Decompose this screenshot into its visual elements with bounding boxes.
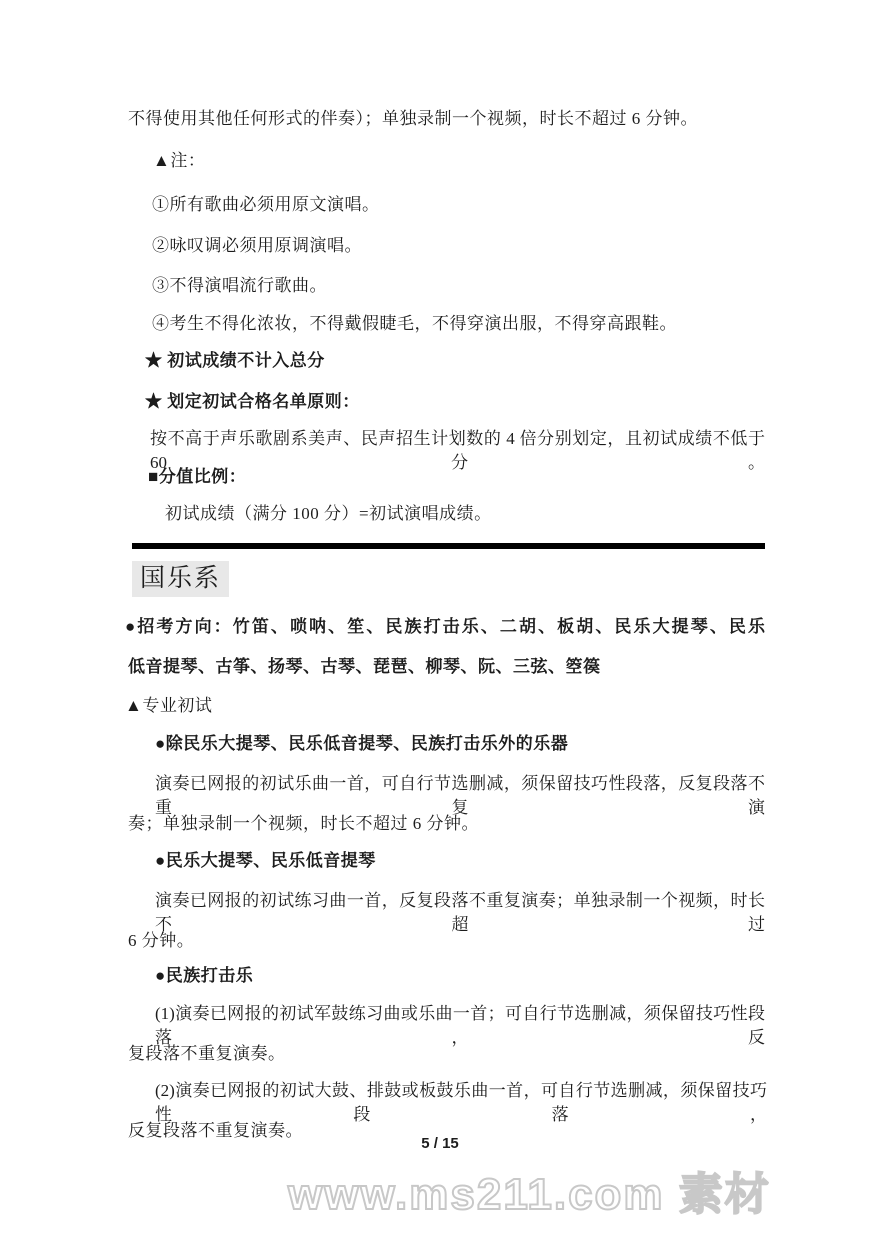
page-number: 5 / 15 xyxy=(0,1135,880,1152)
direction-line-2: 低音提琴、古筝、扬琴、古琴、琵琶、柳琴、阮、三弦、箜篌 xyxy=(128,655,601,679)
score-ratio-detail: 初试成绩（满分 100 分）=初试演唱成绩。 xyxy=(165,502,492,526)
intro-line: 不得使用其他任何形式的伴奏）；单独录制一个视频，时长不超过 6 分钟。 xyxy=(128,107,698,131)
body-line: 奏；单独录制一个视频，时长不超过 6 分钟。 xyxy=(128,812,479,836)
star-line-2: ★ 划定初试合格名单原则： xyxy=(145,390,360,414)
note-item-4: ④考生不得化浓妆，不得戴假睫毛，不得穿演出服，不得穿高跟鞋。 xyxy=(152,312,677,336)
preliminary-exam-header: ▲专业初试 xyxy=(125,694,212,718)
body-line: 演奏已网报的初试练习曲一首，反复段落不重复演奏；单独录制一个视频，时长不超过 xyxy=(155,889,765,937)
star-line-1: ★ 初试成绩不计入总分 xyxy=(145,349,325,373)
note-item-2: ②咏叹调必须用原调演唱。 xyxy=(152,234,362,258)
body-line: 6 分钟。 xyxy=(128,929,194,953)
note-item-1: ①所有歌曲必须用原文演唱。 xyxy=(152,193,380,217)
subsection-heading-percussion: ●民族打击乐 xyxy=(155,964,253,988)
document-page: 不得使用其他任何形式的伴奏）；单独录制一个视频，时长不超过 6 分钟。 ▲注： … xyxy=(0,0,880,1244)
watermark: www.ms211.com 素材 xyxy=(288,1158,771,1222)
direction-line-1: ●招考方向：竹笛、唢呐、笙、民族打击乐、二胡、板胡、民乐大提琴、民乐 xyxy=(125,615,765,639)
section-title-guoyuexi: 国乐系 xyxy=(132,561,229,597)
note-item-3: ③不得演唱流行歌曲。 xyxy=(152,274,327,298)
subsection-heading-cello-bass: ●民乐大提琴、民乐低音提琴 xyxy=(155,849,376,873)
section-divider xyxy=(132,543,765,549)
subsection-heading-other-instruments: ●除民乐大提琴、民乐低音提琴、民族打击乐外的乐器 xyxy=(155,732,568,756)
note-header: ▲注： xyxy=(153,149,205,173)
score-ratio-header: ■分值比例： xyxy=(148,465,246,489)
body-line: 复段落不重复演奏。 xyxy=(128,1042,286,1066)
